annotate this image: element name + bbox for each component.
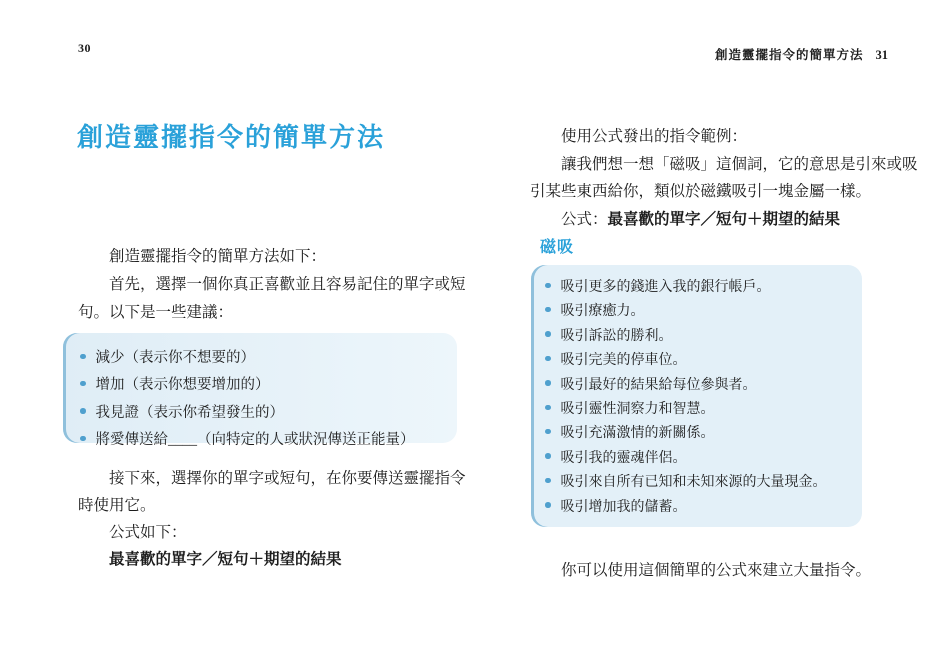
bullet-text: 吸引訴訟的勝利。 [561, 325, 673, 349]
bullet-item: 吸引靈性洞察力和智慧。 [545, 398, 862, 422]
bullet-item: 吸引訴訟的勝利。 [545, 325, 862, 349]
text-line: 接下來，選擇你的單字或短句，在你要傳送靈擺指令 [78, 465, 466, 492]
bullet-text: 吸引增加我的儲蓄。 [561, 496, 687, 520]
bullet-item: 增加（表示你想要增加的） [80, 372, 457, 399]
bullet-dot-icon [545, 331, 551, 337]
bullet-dot-icon [80, 354, 86, 360]
bullet-dot-icon [545, 478, 551, 484]
text-line: 讓我們想一想「磁吸」這個詞，它的意思是引來或吸 [530, 151, 918, 179]
bullet-item: 吸引最好的結果給每位參與者。 [545, 374, 862, 398]
bullet-text: 吸引靈性洞察力和智慧。 [561, 398, 715, 422]
running-head: 創造靈擺指令的簡單方法31 [715, 45, 888, 63]
bullet-text: 減少（表示你不想要的） [96, 345, 256, 372]
text-line: 最喜歡的單字／短句＋期望的結果 [78, 546, 466, 573]
bullet-text: 我見證（表示你希望發生的） [96, 400, 285, 427]
text-line: 創造靈擺指令的簡單方法如下： [78, 243, 466, 271]
suggestions-box: 減少（表示你不想要的）增加（表示你想要增加的）我見證（表示你希望發生的）將愛傳送… [63, 333, 457, 443]
bullet-text: 吸引充滿激情的新關係。 [561, 422, 715, 446]
bullet-dot-icon [545, 502, 551, 508]
bullet-item: 吸引完美的停車位。 [545, 349, 862, 373]
bullet-text: 增加（表示你想要增加的） [96, 372, 270, 399]
chapter-title: 創造靈擺指令的簡單方法 [77, 117, 385, 154]
magnet-commands-box: 吸引更多的錢進入我的銀行帳戶。吸引療癒力。吸引訴訟的勝利。吸引完美的停車位。吸引… [531, 265, 862, 527]
text-line: 使用公式發出的指令範例： [530, 123, 918, 151]
bullet-text: 將愛傳送給____（向特定的人或狀況傳送正能量） [96, 427, 415, 454]
book-spread: 30 創造靈擺指令的簡單方法 創造靈擺指令的簡單方法如下：首先，選擇一個你真正喜… [0, 0, 929, 658]
bullet-item: 吸引更多的錢進入我的銀行帳戶。 [545, 276, 862, 300]
text-line: 公式如下： [78, 519, 466, 546]
running-head-title: 創造靈擺指令的簡單方法 [715, 48, 864, 62]
bullet-text: 吸引完美的停車位。 [561, 349, 687, 373]
page-number-right: 31 [876, 48, 889, 62]
bullet-dot-icon [545, 429, 551, 435]
text-line: 引某些東西給你，類似於磁鐵吸引一塊金屬一樣。 [530, 178, 918, 206]
bullet-item: 吸引來自所有已知和未知來源的大量現金。 [545, 471, 862, 495]
bullet-text: 吸引更多的錢進入我的銀行帳戶。 [561, 276, 771, 300]
section-heading-magnet: 磁吸 [540, 234, 574, 257]
bullet-text: 吸引最好的結果給每位參與者。 [561, 374, 757, 398]
text-line: 句。以下是一些建議： [78, 299, 466, 327]
left-closing-paragraph: 接下來，選擇你的單字或短句，在你要傳送靈擺指令時使用它。公式如下：最喜歡的單字／… [78, 465, 466, 573]
bullet-item: 吸引增加我的儲蓄。 [545, 496, 862, 520]
bullet-dot-icon [545, 380, 551, 386]
page-number-left: 30 [78, 41, 91, 56]
bullet-text: 吸引來自所有已知和未知來源的大量現金。 [561, 471, 827, 495]
text-line: 首先，選擇一個你真正喜歡並且容易記住的單字或短 [78, 271, 466, 299]
bullet-dot-icon [80, 436, 86, 442]
bullet-item: 吸引療癒力。 [545, 300, 862, 324]
bullet-dot-icon [80, 381, 86, 387]
right-intro-paragraph: 使用公式發出的指令範例：讓我們想一想「磁吸」這個詞，它的意思是引來或吸引某些東西… [530, 123, 918, 233]
bullet-dot-icon [545, 307, 551, 313]
bullet-text: 吸引我的靈魂伴侶。 [561, 447, 687, 471]
bullet-item: 吸引我的靈魂伴侶。 [545, 447, 862, 471]
left-intro-paragraph: 創造靈擺指令的簡單方法如下：首先，選擇一個你真正喜歡並且容易記住的單字或短句。以… [78, 243, 466, 327]
bullet-item: 我見證（表示你希望發生的） [80, 400, 457, 427]
bullet-dot-icon [80, 408, 86, 414]
text-line: 時使用它。 [78, 492, 466, 519]
bullet-dot-icon [545, 453, 551, 459]
bullet-item: 吸引充滿激情的新關係。 [545, 422, 862, 446]
bullet-dot-icon [545, 283, 551, 289]
text-line: 公式：最喜歡的單字／短句＋期望的結果 [530, 206, 918, 234]
bullet-dot-icon [545, 356, 551, 362]
bullet-item: 將愛傳送給____（向特定的人或狀況傳送正能量） [80, 427, 457, 454]
formula-bold-text: 最喜歡的單字／短句＋期望的結果 [608, 211, 841, 228]
text-line: 你可以使用這個簡單的公式來建立大量指令。 [530, 558, 871, 580]
bullet-dot-icon [545, 405, 551, 411]
bullet-item: 減少（表示你不想要的） [80, 345, 457, 372]
bullet-text: 吸引療癒力。 [561, 300, 645, 324]
right-closing-paragraph: 你可以使用這個簡單的公式來建立大量指令。 [530, 558, 871, 580]
